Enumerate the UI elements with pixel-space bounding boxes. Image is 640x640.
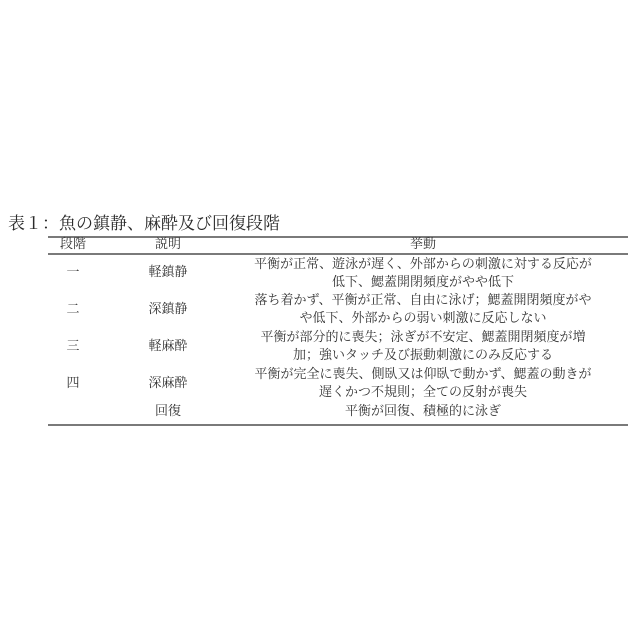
row-4-behavior-line-1: 平衡が完全に喪失、側臥又は仰臥で動かず、鰓蓋の動きが	[218, 366, 628, 384]
row-5-behavior-line-1: 平衡が回復、積極的に泳ぎ	[218, 403, 628, 421]
row-2-stage: 二	[48, 301, 98, 319]
row-3-behavior-line-1: 平衡が部分的に喪失；泳ぎが不安定、鰓蓋開閉頻度が増	[218, 329, 628, 347]
row-2-description: 深鎮静	[123, 301, 213, 319]
row-1-description: 軽鎮静	[123, 264, 213, 282]
row-1-stage: 一	[48, 264, 98, 282]
row-1-behavior-line-2: 低下、鰓蓋開閉頻度がやや低下	[218, 274, 628, 292]
header-stage: 段階	[48, 236, 98, 254]
header-description: 説明	[123, 236, 213, 254]
row-5-description: 回復	[123, 403, 213, 421]
row-3-stage: 三	[48, 338, 98, 356]
row-4-description: 深麻酔	[123, 375, 213, 393]
header-behavior: 挙動	[218, 236, 628, 254]
row-3-behavior-line-2: 加；強いタッチ及び振動刺激にのみ反応する	[218, 347, 628, 365]
row-2-behavior-line-2: や低下、外部からの弱い刺激に反応しない	[218, 310, 628, 328]
table-bottom-rule	[48, 424, 628, 426]
row-1-behavior-line-1: 平衡が正常、遊泳が遅く、外部からの刺激に対する反応が	[218, 256, 628, 274]
row-4-behavior-line-2: 遅くかつ不規則；全ての反射が喪失	[218, 384, 628, 402]
table-caption: 表１：魚の鎮静、麻酔及び回復段階	[8, 209, 280, 234]
row-2-behavior-line-1: 落ち着かず、平衡が正常、自由に泳げ；鰓蓋開閉頻度がや	[218, 292, 628, 310]
row-4-stage: 四	[48, 375, 98, 393]
row-3-description: 軽麻酔	[123, 338, 213, 356]
